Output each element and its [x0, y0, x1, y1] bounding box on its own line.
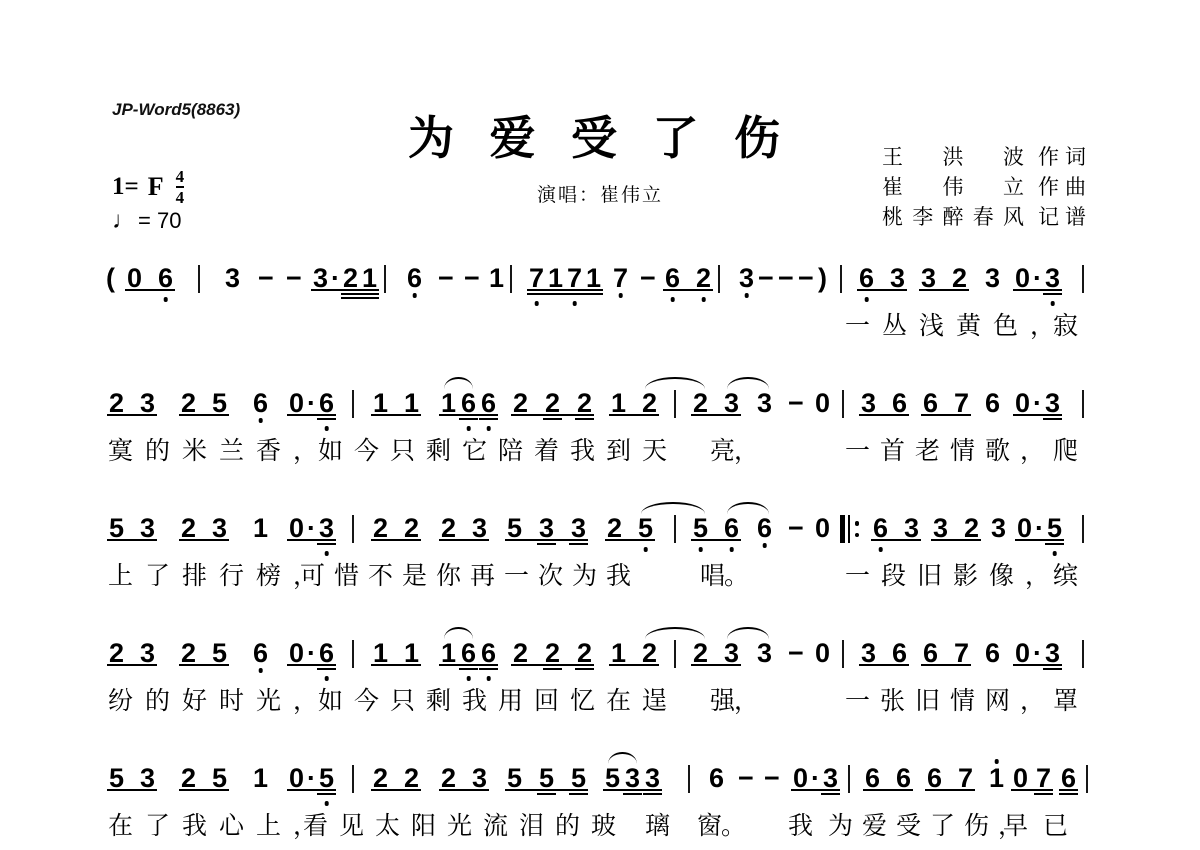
note-group: 25	[606, 513, 654, 543]
lyric-segment: 一首老情歌，	[845, 431, 1055, 467]
low-octave-dot	[698, 547, 703, 552]
barline	[848, 765, 850, 793]
beam-line	[1015, 539, 1064, 541]
beam-line	[1013, 414, 1062, 416]
note-group: 67	[926, 763, 974, 793]
dash: −	[640, 263, 656, 293]
beam-line	[609, 414, 659, 416]
slur	[727, 502, 769, 514]
beam-line	[179, 414, 229, 416]
barline	[674, 640, 676, 668]
beam-line	[371, 789, 421, 791]
beam-line	[511, 664, 594, 666]
lyric-segment: 唱。	[700, 556, 748, 592]
beam-line	[543, 418, 562, 420]
repeat-thick-bar	[840, 515, 845, 543]
note-group: 3	[224, 263, 241, 293]
sheet-music-page: JP-Word5(8863) 为 爱 受 了 伤 演唱：崔伟立 王洪波 作词 崔…	[0, 0, 1200, 850]
dash: −	[286, 263, 302, 293]
dash: −	[778, 263, 794, 293]
low-octave-dot	[864, 297, 869, 302]
low-octave-dot	[618, 293, 623, 298]
note-group: 0·6	[288, 388, 335, 418]
note: 3	[756, 388, 773, 418]
beam-line	[925, 789, 975, 791]
beam-line	[691, 664, 741, 666]
lyric-segment: 在了我心上，	[108, 806, 330, 842]
beam-line	[107, 414, 157, 416]
note: 3	[990, 513, 1007, 543]
lyric-segment: 看见太阳光流泪的玻	[303, 806, 627, 842]
note-group: 12	[610, 638, 658, 668]
note-group: 67	[922, 638, 970, 668]
note: 6	[984, 388, 1001, 418]
lyric-segment: 寂	[1053, 306, 1078, 342]
slur	[645, 627, 705, 639]
note-group: 7171	[528, 263, 602, 293]
barline	[384, 265, 386, 293]
slur	[727, 377, 769, 389]
note: 0	[814, 388, 831, 418]
beam-line	[125, 289, 175, 291]
beam-line	[360, 297, 379, 299]
lyric-segment: 我	[788, 806, 813, 842]
beam-line	[859, 664, 909, 666]
note-group: 3·21	[312, 263, 378, 293]
high-octave-dot	[994, 759, 999, 764]
lyric-segment: 如今只剩它陪着我到天	[318, 431, 678, 467]
lyric-segment: 为爱受了伤，	[828, 806, 1032, 842]
note: 1	[252, 763, 269, 793]
note-group: 6	[252, 638, 269, 668]
barline	[842, 390, 844, 418]
note-group: 23	[440, 763, 488, 793]
lyric-segment: 一段旧影像，	[845, 556, 1061, 592]
beam-line	[569, 543, 588, 545]
beam-line	[921, 414, 971, 416]
dash: −	[258, 263, 274, 293]
beam-line	[1059, 789, 1078, 791]
note-group: 6	[708, 763, 725, 793]
low-octave-dot	[729, 547, 734, 552]
repeat-thin-bar	[848, 515, 850, 543]
beam-line	[871, 539, 921, 541]
note-group: 222	[512, 388, 593, 418]
beam-line	[691, 414, 741, 416]
dash: −	[758, 263, 774, 293]
beam-line	[459, 418, 478, 420]
note-group: 11	[372, 638, 420, 668]
beam-line	[287, 789, 336, 791]
barline	[688, 765, 690, 793]
note: 7	[612, 263, 629, 293]
beam-line	[643, 793, 662, 795]
note-group: 11	[372, 388, 420, 418]
lyric-segment: 如今只剩我用回忆在逞	[318, 681, 678, 717]
note: 6	[406, 263, 423, 293]
repeat-dots	[855, 521, 859, 536]
beam-line	[439, 414, 498, 416]
beam-line	[1013, 289, 1062, 291]
note-group: 0·6	[288, 638, 335, 668]
repeat-start-sign	[840, 515, 859, 543]
beam-line	[663, 289, 713, 291]
note-group: 23	[108, 388, 156, 418]
slur	[444, 627, 473, 639]
note-group: 222	[512, 638, 593, 668]
lyric-segment: 爬	[1053, 431, 1078, 467]
paren: )	[818, 263, 827, 293]
note-group: 533	[506, 513, 587, 543]
note-group: 166	[440, 388, 497, 418]
dash: −	[788, 638, 804, 668]
beam-line	[527, 289, 603, 291]
lyric-segment: 可惜不是你再一次为我	[300, 556, 640, 592]
note-group: 63	[872, 513, 920, 543]
beam-line	[439, 539, 489, 541]
dash: −	[788, 513, 804, 543]
beam-line	[439, 789, 489, 791]
note-group: 0·5	[1016, 513, 1063, 543]
note-group: 56	[692, 513, 740, 543]
beam-line	[527, 293, 603, 295]
barline	[1086, 765, 1088, 793]
beam-line	[791, 789, 840, 791]
note-group: 6	[756, 513, 773, 543]
note-group: 6	[406, 263, 423, 293]
note-group: 0·5	[288, 763, 335, 793]
low-octave-dot	[701, 297, 706, 302]
note-group: 6	[1060, 763, 1077, 793]
barline	[352, 640, 354, 668]
note-group: 53	[108, 513, 156, 543]
low-octave-dot	[412, 293, 417, 298]
note-group: 0	[814, 513, 831, 543]
beam-line	[179, 789, 229, 791]
note-group: 0	[814, 388, 831, 418]
beam-line	[623, 793, 642, 795]
note-group: 36	[860, 388, 908, 418]
note-group: 3	[990, 513, 1007, 543]
beam-line	[317, 668, 336, 670]
note: 6	[252, 388, 269, 418]
beam-line	[360, 293, 379, 295]
note-group: 67	[922, 388, 970, 418]
score-area: (063−−3·216−−171717−623−−−)633230·3一丛浅黄色…	[0, 0, 1200, 850]
barline	[510, 265, 512, 293]
beam-line	[575, 668, 594, 670]
note-group: 3	[738, 263, 755, 293]
low-octave-dot	[878, 547, 883, 552]
beam-line	[931, 539, 981, 541]
beam-line	[371, 414, 421, 416]
slur	[641, 502, 705, 514]
barline	[1082, 265, 1084, 293]
beam-line	[863, 789, 913, 791]
note: 3	[738, 263, 755, 293]
note-group: 6	[984, 388, 1001, 418]
barline	[352, 390, 354, 418]
note-group: 1	[988, 763, 1005, 793]
barline	[674, 515, 676, 543]
note-group: 3	[756, 638, 773, 668]
note-group: 63	[858, 263, 906, 293]
note-group: 36	[860, 638, 908, 668]
barline	[352, 515, 354, 543]
beam-line	[1043, 293, 1062, 295]
note-group: 3	[756, 388, 773, 418]
lyric-segment: 强，	[710, 681, 758, 717]
beam-line	[575, 418, 594, 420]
note: 1	[252, 513, 269, 543]
beam-line	[859, 414, 909, 416]
barline	[1082, 640, 1084, 668]
note: 3	[984, 263, 1001, 293]
note-group: 23	[108, 638, 156, 668]
beam-line	[1011, 789, 1053, 791]
note-group: 53	[108, 763, 156, 793]
beam-line	[603, 789, 662, 791]
dash: −	[798, 263, 814, 293]
note-group: 0·3	[1014, 388, 1061, 418]
note-group: 22	[372, 763, 420, 793]
beam-line	[371, 539, 421, 541]
beam-line	[537, 543, 556, 545]
slur	[727, 627, 769, 639]
beam-line	[107, 789, 157, 791]
lyric-segment: 上了排行榜，	[108, 556, 330, 592]
note-group: 66	[864, 763, 912, 793]
note-group: 533	[604, 763, 661, 793]
beam-line	[439, 664, 498, 666]
dash: −	[464, 263, 480, 293]
note: 6	[252, 638, 269, 668]
beam-line	[821, 793, 840, 795]
note-group: 23	[692, 388, 740, 418]
note-group: 07	[1012, 763, 1052, 793]
beam-line	[179, 664, 229, 666]
note-group: 25	[180, 638, 228, 668]
barline	[352, 765, 354, 793]
low-octave-dot	[762, 543, 767, 548]
barline	[840, 265, 842, 293]
slur	[444, 377, 473, 389]
beam-line	[107, 664, 157, 666]
note-group: 1	[488, 263, 505, 293]
note: 6	[708, 763, 725, 793]
low-octave-dot	[744, 293, 749, 298]
lyric-segment: 一丛浅黄色，	[845, 306, 1067, 342]
beam-line	[921, 664, 971, 666]
low-octave-dot	[258, 668, 263, 673]
beam-line	[341, 293, 360, 295]
barline	[842, 640, 844, 668]
beam-line	[179, 539, 229, 541]
beam-line	[341, 297, 360, 299]
dash: −	[438, 263, 454, 293]
note: 3	[224, 263, 241, 293]
note-group: 22	[372, 513, 420, 543]
beam-line	[857, 289, 907, 291]
dash: −	[764, 763, 780, 793]
note-group: 06	[126, 263, 174, 293]
note: 0	[814, 513, 831, 543]
beam-line	[543, 668, 562, 670]
note-group: 25	[180, 388, 228, 418]
low-octave-dot	[163, 297, 168, 302]
beam-line	[479, 418, 498, 420]
low-octave-dot	[534, 301, 539, 306]
barline	[198, 265, 200, 293]
note-group: 7	[612, 263, 629, 293]
beam-line	[287, 414, 336, 416]
note-group: 0	[814, 638, 831, 668]
note-group: 25	[180, 763, 228, 793]
barline	[718, 265, 720, 293]
slur	[608, 752, 637, 764]
beam-line	[1043, 668, 1062, 670]
dash: −	[788, 388, 804, 418]
beam-line	[537, 793, 556, 795]
beam-line	[107, 539, 157, 541]
beam-line	[371, 664, 421, 666]
lyric-segment: 亮，	[710, 431, 758, 467]
beam-line	[317, 793, 336, 795]
note-group: 1	[252, 763, 269, 793]
beam-line	[317, 418, 336, 420]
note-group: 23	[440, 513, 488, 543]
lyric-segment: 寞的米兰香，	[108, 431, 330, 467]
beam-line	[609, 664, 659, 666]
note-group: 23	[180, 513, 228, 543]
beam-line	[691, 539, 741, 541]
note: 3	[756, 638, 773, 668]
lyric-segment: 窗。	[697, 806, 745, 842]
lyric-segment: 罩	[1053, 681, 1078, 717]
note-group: 32	[932, 513, 980, 543]
barline	[1082, 390, 1084, 418]
slur	[645, 377, 705, 389]
beam-line	[1034, 793, 1053, 795]
beam-line	[505, 539, 588, 541]
beam-line	[459, 668, 478, 670]
beam-line	[311, 289, 379, 291]
note: 6	[984, 638, 1001, 668]
beam-line	[919, 289, 969, 291]
beam-line	[1043, 418, 1062, 420]
low-octave-dot	[572, 301, 577, 306]
note-group: 62	[664, 263, 712, 293]
beam-line	[1045, 543, 1064, 545]
note-group: 555	[506, 763, 587, 793]
lyric-segment: 一张旧情网，	[845, 681, 1055, 717]
note-group: 166	[440, 638, 497, 668]
note: 1	[988, 763, 1005, 793]
note: 1	[488, 263, 505, 293]
beam-line	[511, 414, 594, 416]
beam-line	[569, 793, 588, 795]
lyric-segment: 纷的好时光，	[108, 681, 330, 717]
beam-line	[287, 664, 336, 666]
beam-line	[317, 543, 336, 545]
note-group: 32	[920, 263, 968, 293]
dash: −	[738, 763, 754, 793]
note-group: 6	[252, 388, 269, 418]
beam-line	[479, 668, 498, 670]
note-group: 1	[252, 513, 269, 543]
note-group: 0·3	[1014, 638, 1061, 668]
note-group: 23	[692, 638, 740, 668]
beam-line	[287, 539, 336, 541]
low-octave-dot	[670, 297, 675, 302]
note-group: 12	[610, 388, 658, 418]
barline	[1082, 515, 1084, 543]
paren: (	[106, 263, 115, 293]
note-group: 3	[984, 263, 1001, 293]
note: 0	[814, 638, 831, 668]
beam-line	[1059, 793, 1078, 795]
lyric-segment: 璃	[645, 806, 670, 842]
note: 6	[756, 513, 773, 543]
lyric-segment: 缤	[1053, 556, 1078, 592]
beam-line	[505, 789, 588, 791]
beam-line	[1013, 664, 1062, 666]
beam-line	[605, 539, 655, 541]
note-group: 0·3	[792, 763, 839, 793]
note-group: 6	[984, 638, 1001, 668]
barline	[674, 390, 676, 418]
note-group: 0·3	[1014, 263, 1061, 293]
note-group: 0·3	[288, 513, 335, 543]
low-octave-dot	[643, 547, 648, 552]
lyric-segment: 早已	[1003, 806, 1083, 842]
low-octave-dot	[258, 418, 263, 423]
